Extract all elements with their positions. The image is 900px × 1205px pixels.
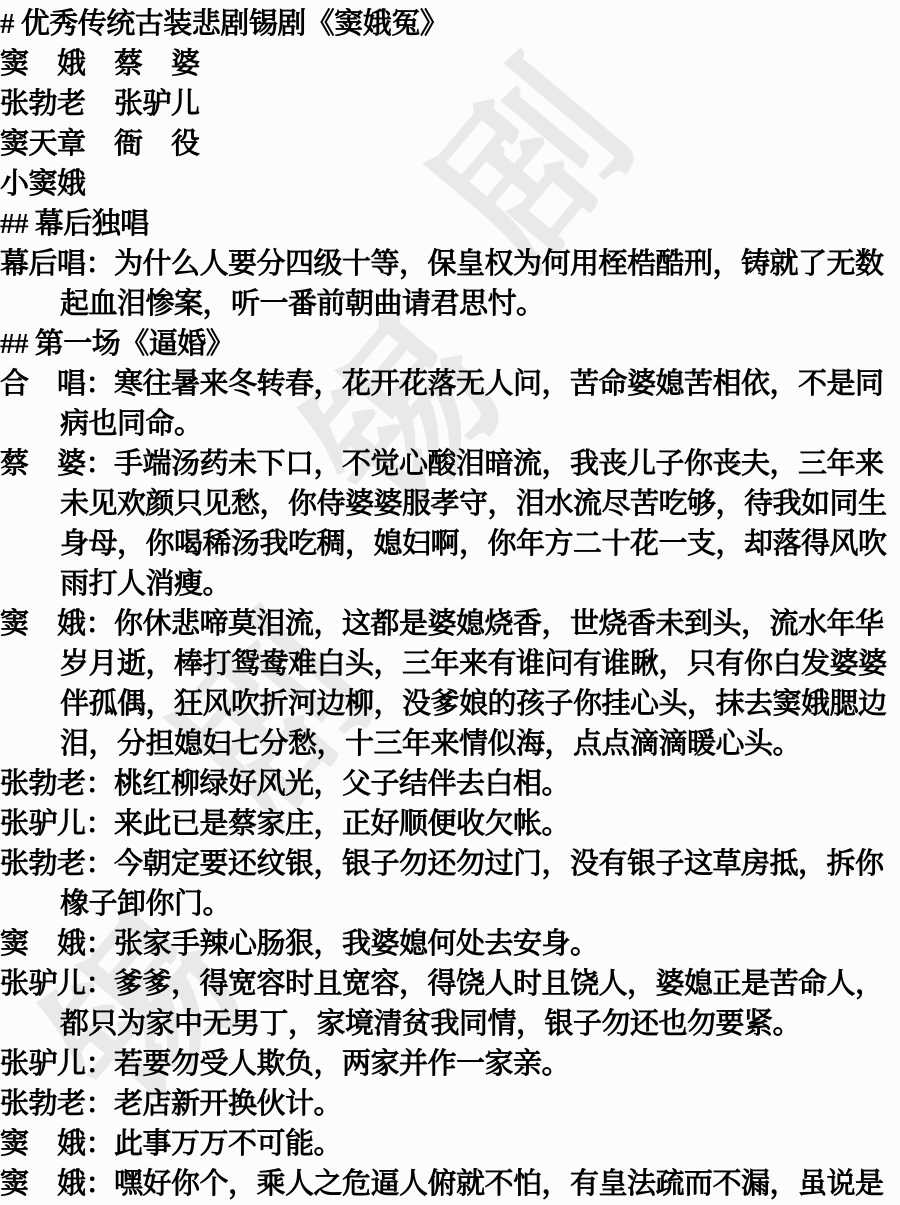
doc-line-cast-4: 窦天章 衙 役 <box>0 124 900 164</box>
doc-line-continuation-15: 雨打人消瘦。 <box>0 564 900 604</box>
document-page: 剧锡剧锡 # 优秀传统古装悲剧锡剧《窦娥冤》窦 娥 蔡 婆张勃老 张驴儿窦天章 … <box>0 0 900 1205</box>
doc-line-h2-9: ## 第一场《逼婚》 <box>0 324 900 364</box>
doc-line-continuation-11: 病也同命。 <box>0 404 900 444</box>
document-lines: # 优秀传统古装悲剧锡剧《窦娥冤》窦 娥 蔡 婆张勃老 张驴儿窦天章 衙 役小窦… <box>0 0 900 1205</box>
doc-line-continuation-14: 身母，你喝稀汤我吃稠，媳妇啊，你年方二十花一支，却落得风吹 <box>0 524 900 564</box>
doc-line-cast-5: 小窦娥 <box>0 164 900 204</box>
doc-line-h1-1: # 优秀传统古装悲剧锡剧《窦娥冤》 <box>0 4 900 44</box>
doc-line-continuation-17: 岁月逝，棒打鸳鸯难白头，三年来有谁问有谁瞅，只有你白发婆婆 <box>0 644 900 684</box>
doc-line-dialog-24: 窦 娥：张家手辣心肠狠，我婆媳何处去安身。 <box>0 924 900 964</box>
doc-line-dialog-21: 张驴儿：来此已是蔡家庄，正好顺便收欠帐。 <box>0 804 900 844</box>
doc-line-dialog-10: 合 唱：寒往暑来冬转春，花开花落无人问，苦命婆媳苦相依，不是同 <box>0 364 900 404</box>
doc-line-continuation-19: 泪，分担媳妇七分愁，十三年来情似海，点点滴滴暖心头。 <box>0 724 900 764</box>
doc-line-dialog-25: 张驴儿：爹爹，得宽容时且宽容，得饶人时且饶人，婆媳正是苦命人， <box>0 964 900 1004</box>
doc-line-dialog-16: 窦 娥：你休悲啼莫泪流，这都是婆媳烧香，世烧香未到头，流水年华 <box>0 604 900 644</box>
doc-line-dialog-7: 幕后唱：为什么人要分四级十等，保皇权为何用桎梏酷刑，铸就了无数 <box>0 244 900 284</box>
doc-line-continuation-8: 起血泪惨案，听一番前朝曲请君思忖。 <box>0 284 900 324</box>
doc-line-dialog-27: 张驴儿：若要勿受人欺负，两家并作一家亲。 <box>0 1044 900 1084</box>
doc-line-dialog-30: 窦 娥：嘿好你个，乘人之危逼人俯就不怕，有皇法疏而不漏，虽说是 <box>0 1164 900 1204</box>
doc-line-dialog-12: 蔡 婆：手端汤药未下口，不觉心酸泪暗流，我丧儿子你丧夫，三年来 <box>0 444 900 484</box>
doc-line-dialog-28: 张勃老：老店新开换伙计。 <box>0 1084 900 1124</box>
doc-line-h2-6: ## 幕后独唱 <box>0 204 900 244</box>
doc-line-continuation-18: 伴孤偶，狂风吹折河边柳，没爹娘的孩子你挂心头，抹去窦娥腮边 <box>0 684 900 724</box>
doc-line-dialog-20: 张勃老：桃红柳绿好风光，父子结伴去白相。 <box>0 764 900 804</box>
doc-line-continuation-23: 橡子卸你门。 <box>0 884 900 924</box>
doc-line-continuation-13: 未见欢颜只见愁，你侍婆婆服孝守，泪水流尽苦吃够，待我如同生 <box>0 484 900 524</box>
doc-line-cast-2: 窦 娥 蔡 婆 <box>0 44 900 84</box>
doc-line-cast-3: 张勃老 张驴儿 <box>0 84 900 124</box>
doc-line-dialog-22: 张勃老：今朝定要还纹银，银子勿还勿过门，没有银子这草房抵，拆你 <box>0 844 900 884</box>
doc-line-continuation-26: 都只为家中无男丁，家境清贫我同情，银子勿还也勿要紧。 <box>0 1004 900 1044</box>
doc-line-dialog-29: 窦 娥：此事万万不可能。 <box>0 1124 900 1164</box>
